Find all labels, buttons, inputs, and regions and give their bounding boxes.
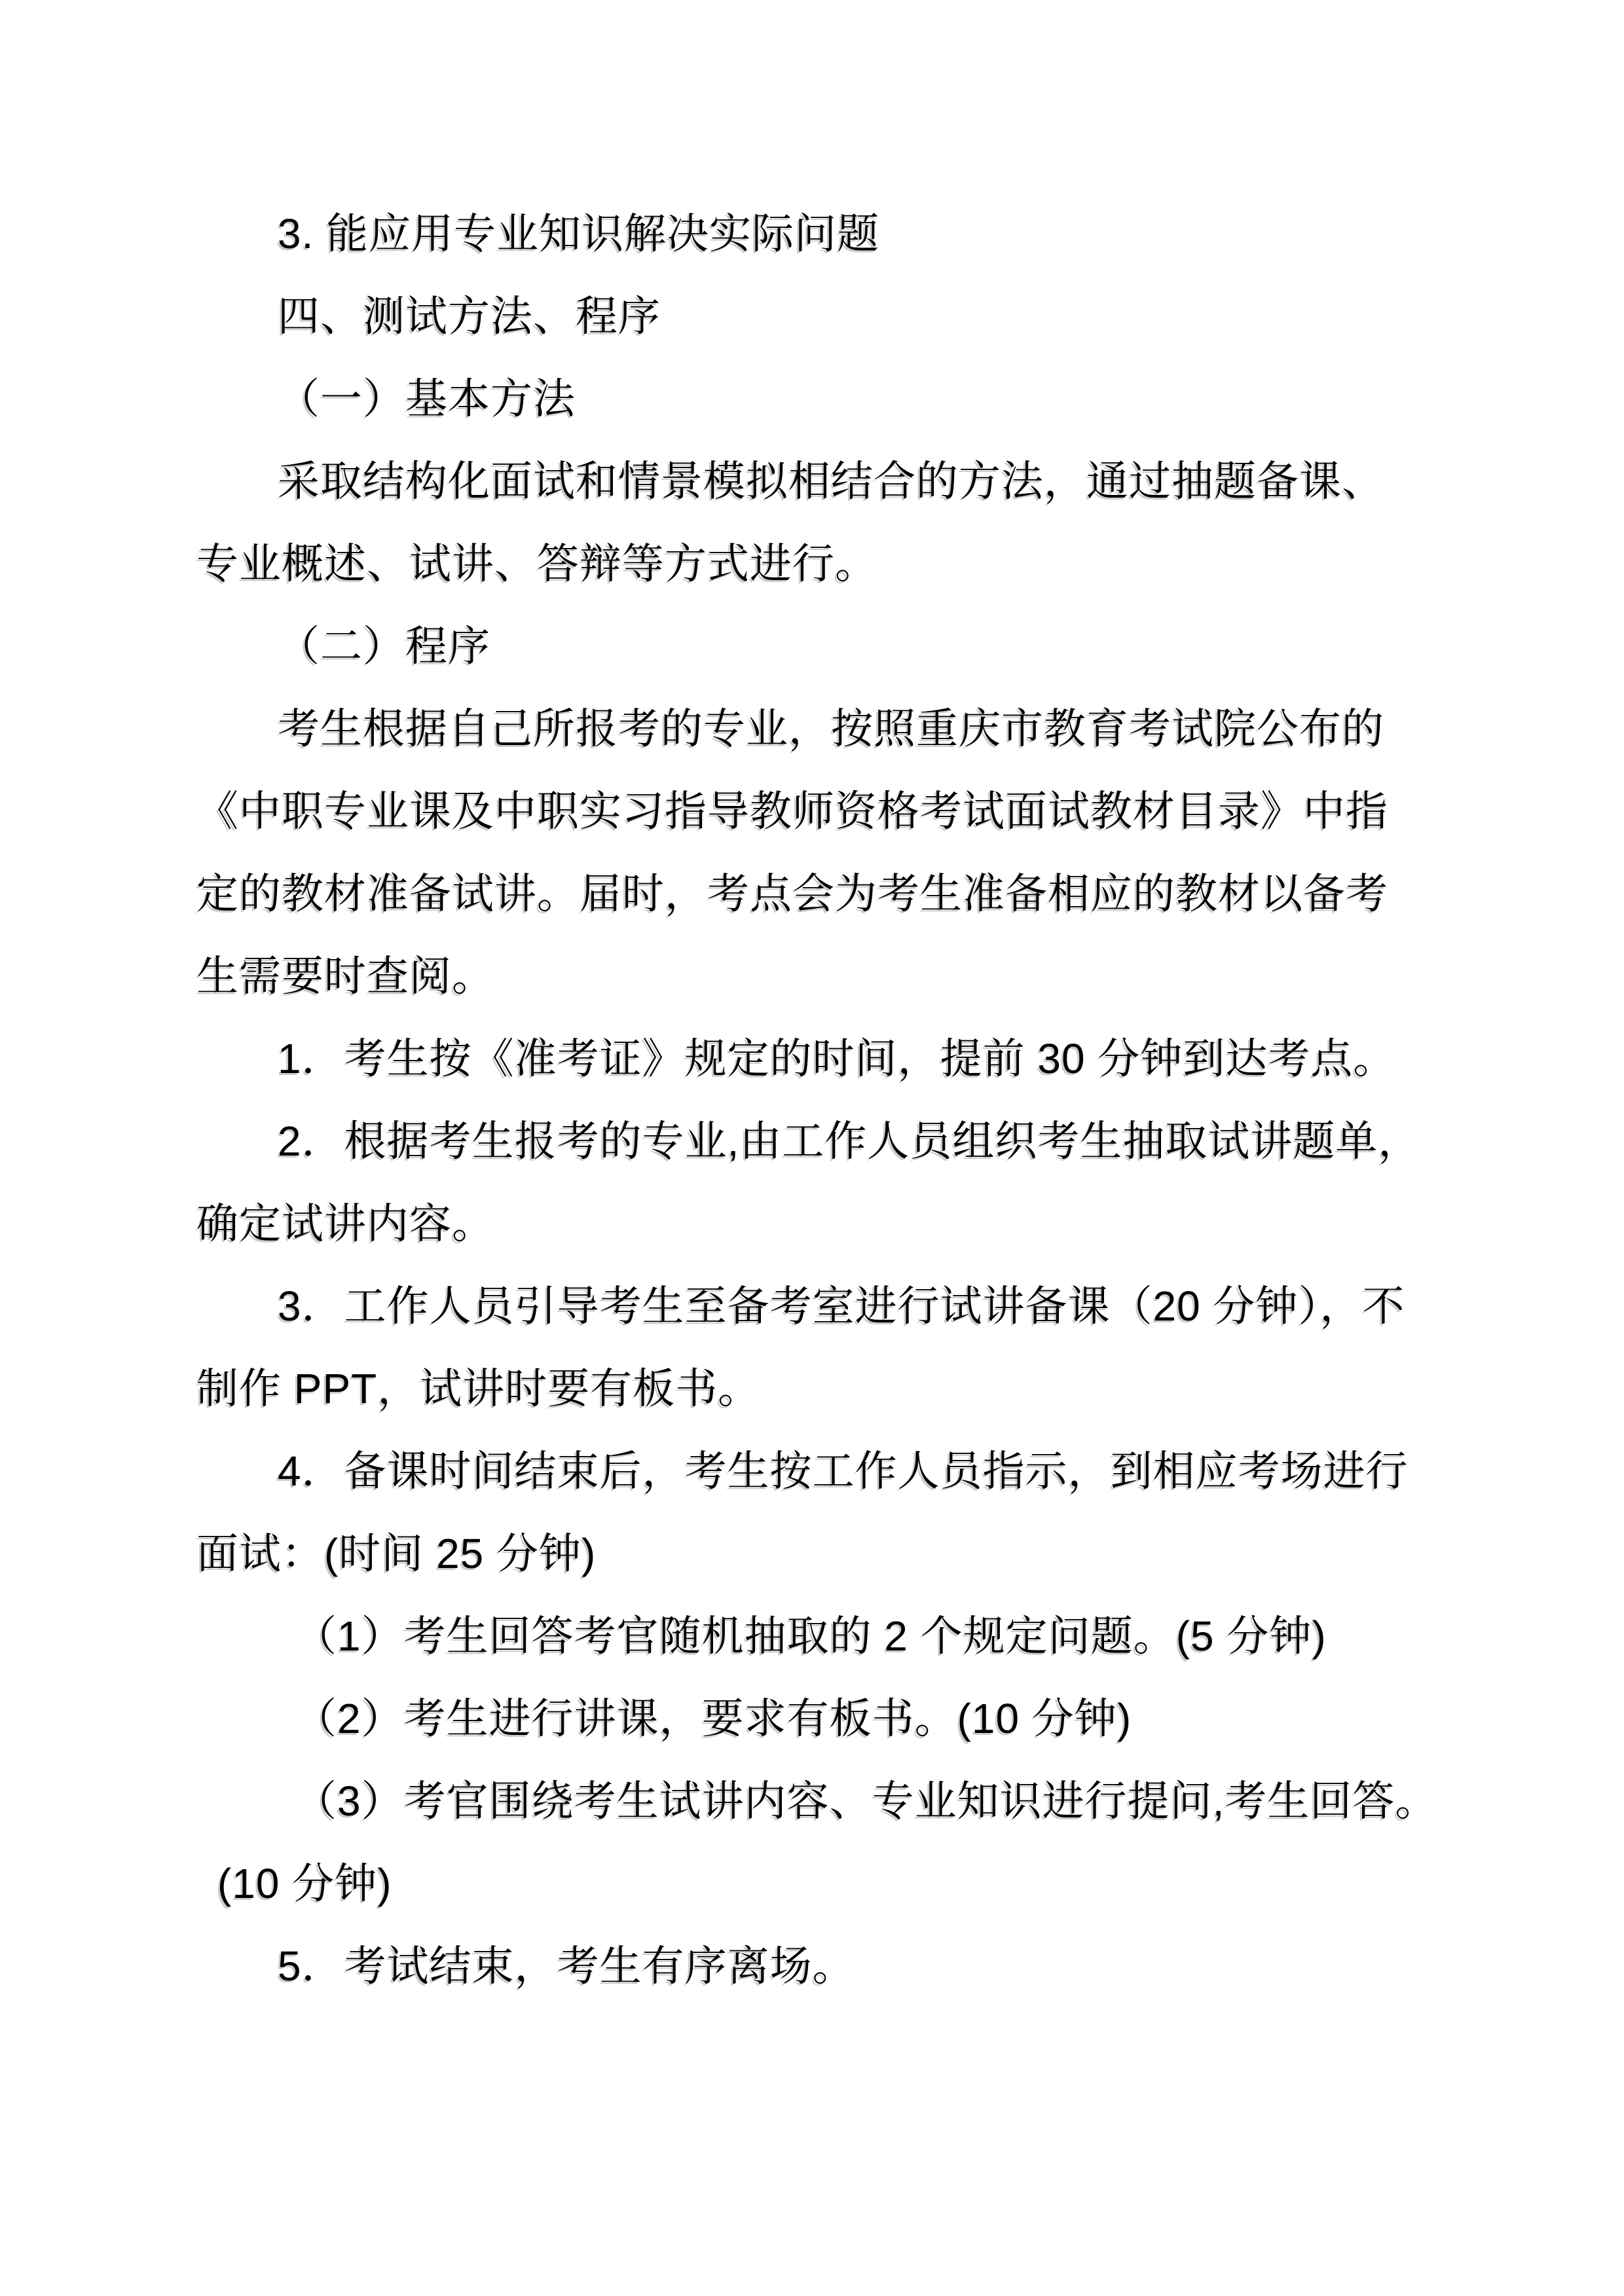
- doc-line-10: 生需要时查阅。: [196, 935, 1428, 1017]
- doc-line-18: （1）考生回答考官随机抽取的 2 个规定问题。(5 分钟): [196, 1595, 1428, 1677]
- doc-line-03: （一）基本方法: [196, 357, 1428, 440]
- doc-line-06: （二）程序: [196, 605, 1428, 687]
- doc-line-15: 制作 PPT，试讲时要有板书。: [196, 1347, 1428, 1430]
- doc-line-04: 采取结构化面试和情景模拟相结合的方法，通过抽题备课、: [196, 440, 1428, 522]
- doc-line-17: 面试：(时间 25 分钟): [196, 1512, 1428, 1595]
- doc-line-08: 《中职专业课及中职实习指导教师资格考试面试教材目录》中指: [196, 770, 1428, 852]
- doc-line-19: （2）考生进行讲课，要求有板书。(10 分钟): [196, 1677, 1428, 1760]
- doc-line-05: 专业概述、试讲、答辩等方式进行。: [196, 522, 1428, 605]
- doc-line-12: 2．根据考生报考的专业,由工作人员组织考生抽取试讲题单，: [196, 1100, 1428, 1182]
- doc-line-14: 3．工作人员引导考生至备考室进行试讲备课（20 分钟），不: [196, 1265, 1428, 1347]
- document-body: 3. 能应用专业知识解决实际问题 四、测试方法、程序 （一）基本方法 采取结构化…: [196, 192, 1428, 2007]
- doc-line-13: 确定试讲内容。: [196, 1182, 1428, 1265]
- doc-line-22: 5．考试结束，考生有序离场。: [196, 1925, 1428, 2007]
- doc-line-02: 四、测试方法、程序: [196, 275, 1428, 357]
- doc-line-20: （3）考官围绕考生试讲内容、专业知识进行提问,考生回答。: [196, 1760, 1428, 1842]
- doc-line-01: 3. 能应用专业知识解决实际问题: [196, 192, 1428, 275]
- doc-line-07: 考生根据自己所报考的专业，按照重庆市教育考试院公布的: [196, 687, 1428, 770]
- doc-line-21: (10 分钟): [196, 1842, 1428, 1925]
- doc-line-16: 4．备课时间结束后，考生按工作人员指示，到相应考场进行: [196, 1430, 1428, 1512]
- doc-line-11: 1．考生按《准考证》规定的时间，提前 30 分钟到达考点。: [196, 1017, 1428, 1100]
- doc-line-09: 定的教材准备试讲。届时，考点会为考生准备相应的教材以备考: [196, 852, 1428, 935]
- document-page: 3. 能应用专业知识解决实际问题 四、测试方法、程序 （一）基本方法 采取结构化…: [0, 0, 1624, 2296]
